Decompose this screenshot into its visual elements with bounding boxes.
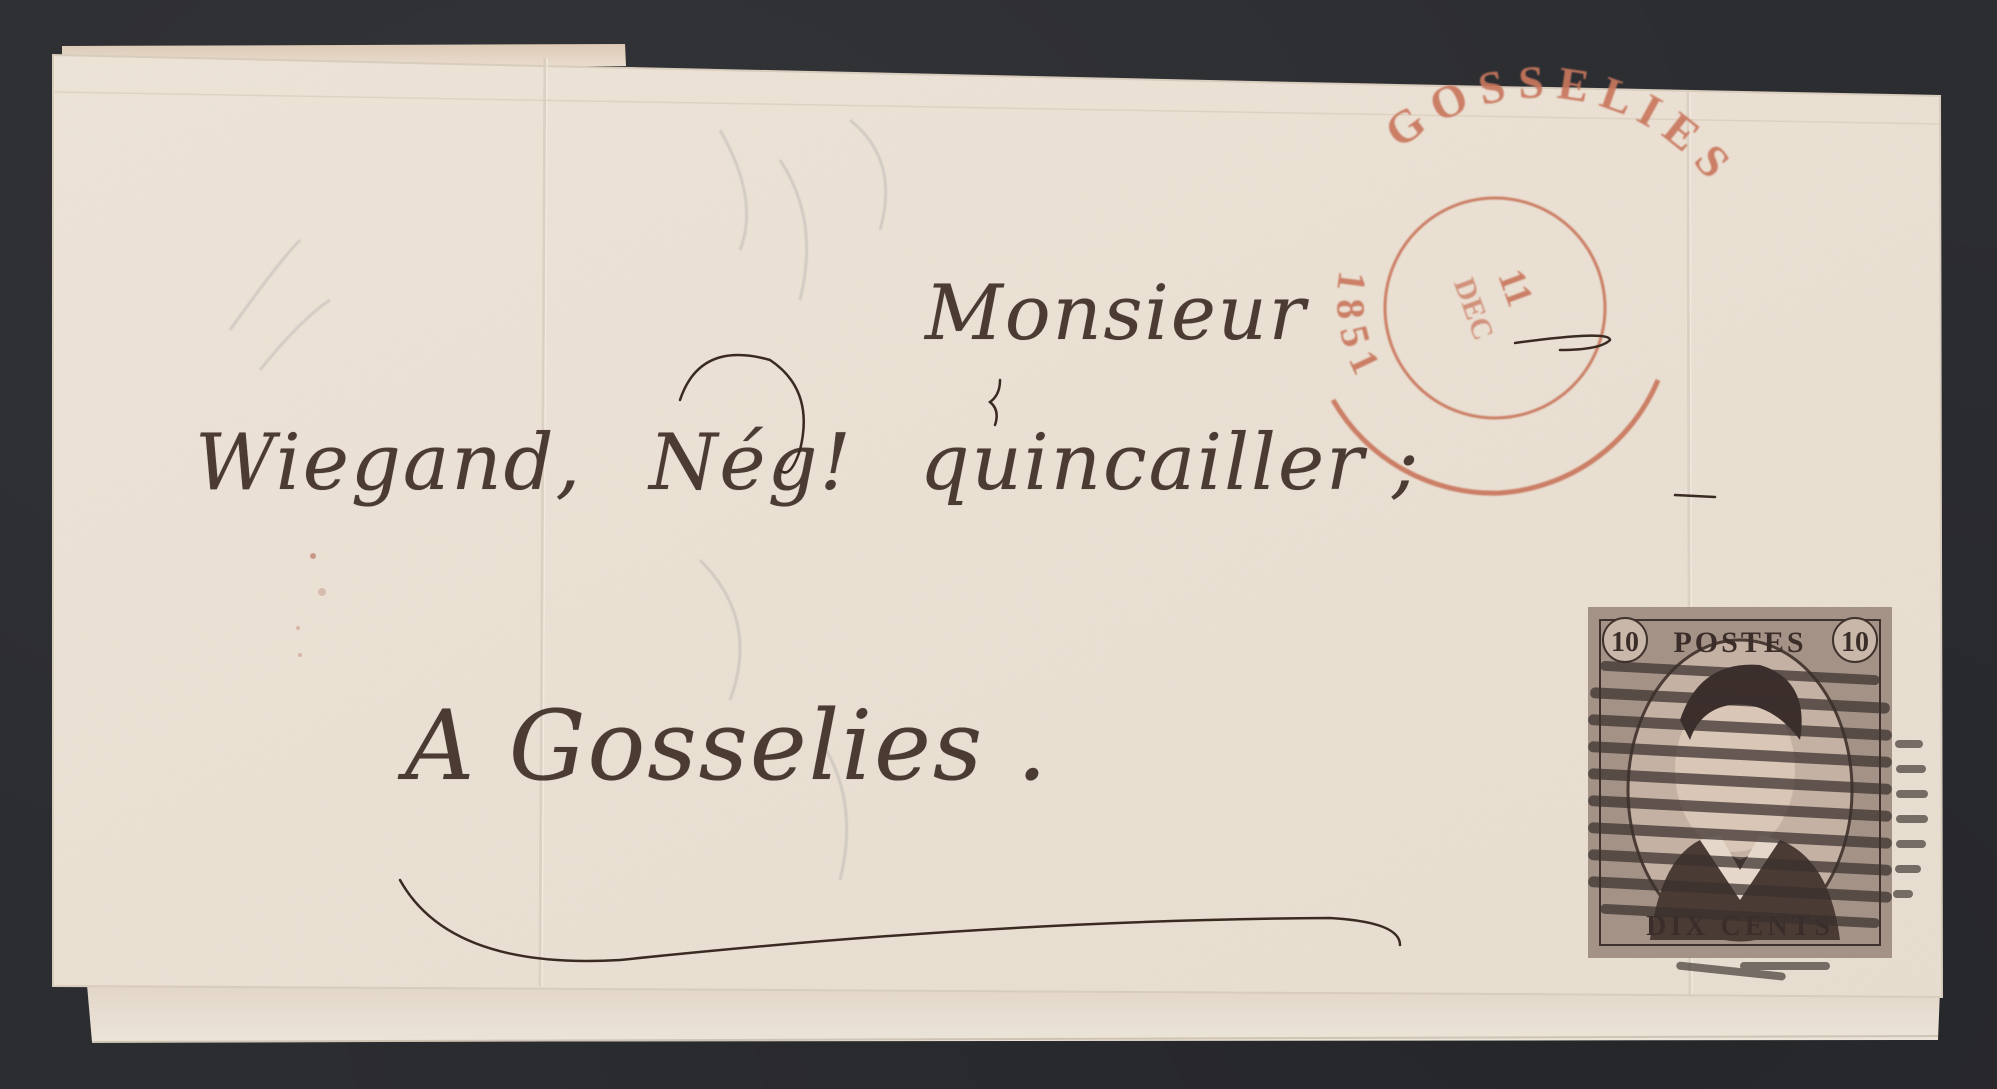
postage-stamp: 10 10 POSTES DIX CENTS bbox=[1588, 607, 1928, 981]
stamp-value-left: 10 bbox=[1611, 627, 1639, 658]
stamp-top-label: POSTES bbox=[1673, 626, 1806, 659]
recipient-name: Wiegand, bbox=[195, 418, 582, 508]
address-line-salutation: Monsieur bbox=[925, 268, 1307, 357]
stamp-value-right: 10 bbox=[1841, 627, 1869, 658]
address-line-destination: A Gosselies . bbox=[405, 690, 1049, 802]
letter-cover: G O S S E L I E S 1 8 5 1 11 DEC bbox=[0, 0, 1997, 1089]
recipient-trade: quincailler ; bbox=[920, 418, 1421, 508]
address-line-recipient: Wiegand, Nég! quincailler ; bbox=[195, 418, 1421, 508]
letter-scene: G O S S E L I E S 1 8 5 1 11 DEC bbox=[0, 0, 1997, 1089]
recipient-title: Nég! bbox=[649, 418, 853, 508]
